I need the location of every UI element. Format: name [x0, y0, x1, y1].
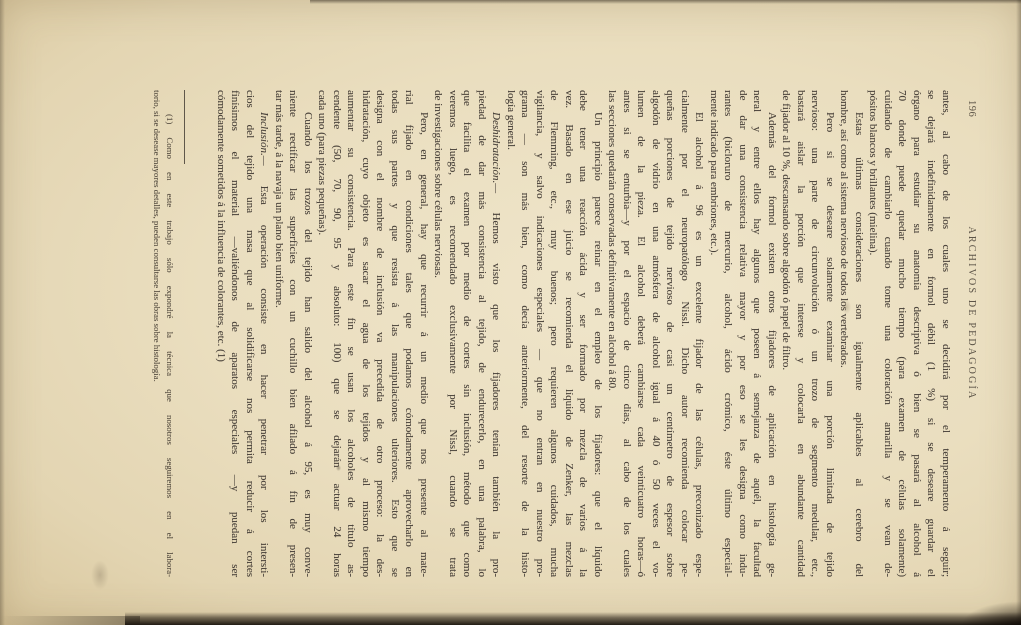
text-line: hombre, así como al sistema nervioso de …	[837, 90, 852, 577]
text-line: cuidando de cambiarlo cuando tome una co…	[881, 90, 896, 577]
text-line: Pero si se deseare solamente examinar un…	[823, 90, 838, 577]
text-line: Un principio parece reinar en el empleo …	[591, 90, 606, 577]
text-line: aumentar su consistencia. Para este fin …	[344, 90, 359, 577]
text-line: que facilita el examen por medio de cort…	[460, 90, 475, 577]
text-line: cialmente por el neuropatólogo Nissl. Di…	[678, 90, 693, 577]
text-line: nervioso: una parte de circunvolución ó …	[808, 90, 823, 577]
text-line: vez. Basado en ese juicio se recomienda …	[562, 90, 577, 577]
footnote: (1) Como en este trabajo sólo expondré l…	[150, 90, 176, 577]
footnote-line: torio, si se desease mayores detalles, p…	[150, 90, 163, 577]
paper-smudge	[91, 560, 109, 590]
text-line: cios del tejido una masa que al solidifi…	[243, 90, 258, 577]
text-line: pósitos blancos y brillantes (mielina).	[866, 90, 881, 577]
text-line: Además del formol existen otros fijadore…	[765, 90, 780, 577]
text-line: El alcohol á 96 es un excelente fijador …	[692, 90, 707, 577]
text-line: Estas últimas consideraciones son igualm…	[852, 90, 867, 577]
text-line: veremos luego, es recomendado exclusivam…	[446, 90, 461, 577]
journal-title: ARCHIVOS DE PEDAGOGÍA	[966, 90, 977, 537]
text-line: órgano para estudiar su anatomía descrip…	[910, 90, 925, 577]
text-line: antes, al cabo de los cuales uno se deci…	[939, 90, 954, 577]
text-line: algodón de vidrio en una atmósfera de al…	[649, 90, 664, 577]
text-line: tar más tarde, á la navaja un plano bien…	[272, 90, 287, 577]
text-line: debe tener una reacción ácida y ser form…	[576, 90, 591, 577]
text-line: las secciones quedarán conservadas defin…	[605, 90, 620, 577]
text-line: mente indicado para embriones, etc.).	[707, 90, 722, 577]
scanned-book-page: 196 ARCHIVOS DE PEDAGOGÍA antes, al cabo…	[0, 0, 1021, 625]
text-line: de fijador al 10 %, descansando sobre al…	[779, 90, 794, 577]
text-line: vigilancia, y salvo indicaciones especia…	[533, 90, 548, 577]
text-line: de dar una consistencia relativa mayor y…	[736, 90, 751, 577]
text-line: queñas porciones de tejido nervioso de c…	[663, 90, 678, 577]
text-line: antes si se enturbia—y por el espacio de…	[620, 90, 635, 577]
text-line: 70 donde puede quedar mucho tiempo (para…	[895, 90, 910, 577]
text-line: cómodamente sometidos á la influencia de…	[214, 90, 229, 577]
text-line: cada uno (para piezas pequeñas).	[315, 90, 330, 577]
footnote-separator	[184, 90, 185, 164]
body-text: antes, al cabo de los cuales uno se deci…	[214, 90, 954, 577]
text-line: Cuando los trozos del tejido han salido …	[301, 90, 316, 577]
text-line: cendente (50, 70, 90, 95 y absoluto: 100…	[330, 90, 345, 577]
page-header: 196 ARCHIVOS DE PEDAGOGÍA	[963, 90, 977, 577]
text-line: hidratación, cuyo objeto es sacar el agu…	[359, 90, 374, 577]
text-line: finísimos el material —valiéndonos de ap…	[228, 90, 243, 577]
text-line: de investigaciones sobre células nervios…	[431, 90, 446, 577]
text-line: neral y entre ellos hay algunos que pose…	[750, 90, 765, 577]
text-line: lumen de la pieza. El alcohol deberá cam…	[634, 90, 649, 577]
text-line: logía general.	[504, 90, 519, 577]
footnote-line: (1) Como en este trabajo sólo expondré l…	[163, 90, 176, 577]
text-line: designa con el nombre de inclusión va pr…	[373, 90, 388, 577]
text-line: niente rectificar las superficies con un…	[286, 90, 301, 577]
page: 196 ARCHIVOS DE PEDAGOGÍA antes, al cabo…	[0, 0, 1021, 625]
text-line: rantes (bicloruro de mercurio, alcohol, …	[721, 90, 736, 577]
text-line: rial fijado en condiciones tales que pod…	[402, 90, 417, 577]
text-line: bastará aislar la porción que interese y…	[794, 90, 809, 577]
text-line: grama — son más bien, como decía anterio…	[518, 90, 533, 577]
text-line: piedad de dar más consistencia al tejido…	[475, 90, 490, 577]
text-line: todas sus partes y que resista á las man…	[388, 90, 403, 577]
text-line: se dejará indefinidamente en formol débi…	[924, 90, 939, 577]
text-line: Inclusión.— Esta operación consiste en h…	[257, 90, 272, 577]
text-line: de Flemming, etc., muy buenos; pero requ…	[547, 90, 562, 577]
text-line: Pero, en general, hay que recurrir á un …	[417, 90, 432, 577]
text-line: Deshidratación.— Hemos visto que los fij…	[489, 90, 504, 577]
